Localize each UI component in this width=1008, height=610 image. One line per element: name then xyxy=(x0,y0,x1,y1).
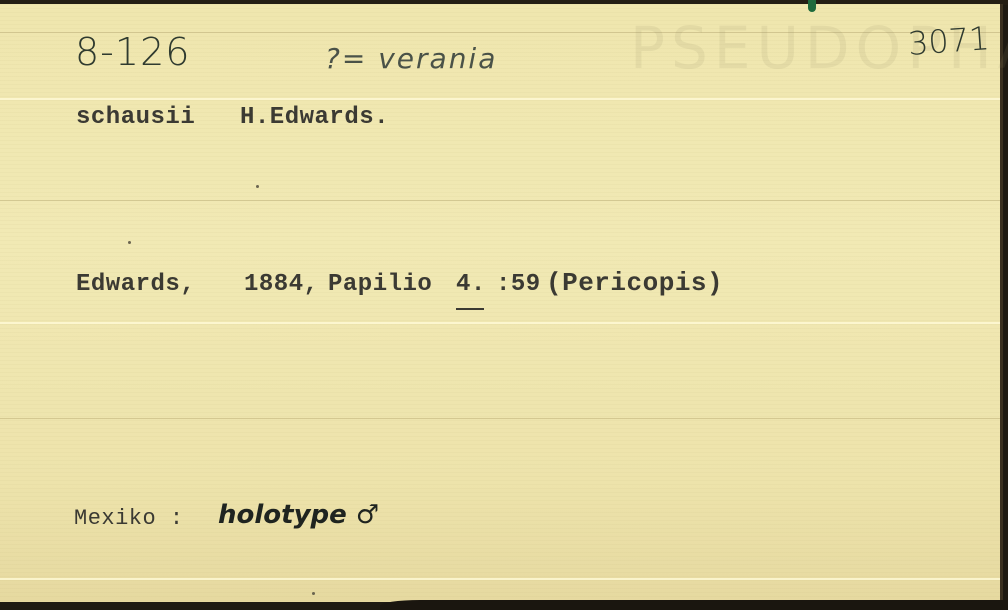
catalog-number: 8-126 xyxy=(75,30,190,74)
species-name: schausii xyxy=(76,104,195,131)
card-rule xyxy=(0,98,1000,100)
index-card: PSEUDOPHAZOE 8-126 ?= verania 3071 schau… xyxy=(0,4,1003,602)
green-tab-marker xyxy=(808,0,816,12)
citation-volume: 4. xyxy=(456,271,486,298)
paper-speck xyxy=(312,592,315,595)
citation-year: 1884, xyxy=(244,271,319,298)
citation-page: :59 xyxy=(496,271,541,298)
card-rule xyxy=(0,578,1000,580)
card-rule xyxy=(0,200,1000,201)
scan-bottom-edge xyxy=(380,600,1008,610)
card-id: 3071 xyxy=(907,19,991,63)
locality: Mexiko : xyxy=(74,506,184,531)
volume-underline xyxy=(456,308,484,310)
species-author: H.Edwards. xyxy=(240,104,389,131)
citation-journal: Papilio xyxy=(328,271,432,298)
card-rule xyxy=(0,322,1000,324)
card-rule xyxy=(0,418,1000,419)
paper-speck xyxy=(128,241,131,244)
citation-author: Edwards, xyxy=(76,271,195,298)
citation-original-genus: (Pericopis) xyxy=(546,268,723,298)
synonym-note: ?= verania xyxy=(325,42,497,75)
type-note: holotype ♂ xyxy=(218,500,379,530)
paper-speck xyxy=(256,185,259,188)
